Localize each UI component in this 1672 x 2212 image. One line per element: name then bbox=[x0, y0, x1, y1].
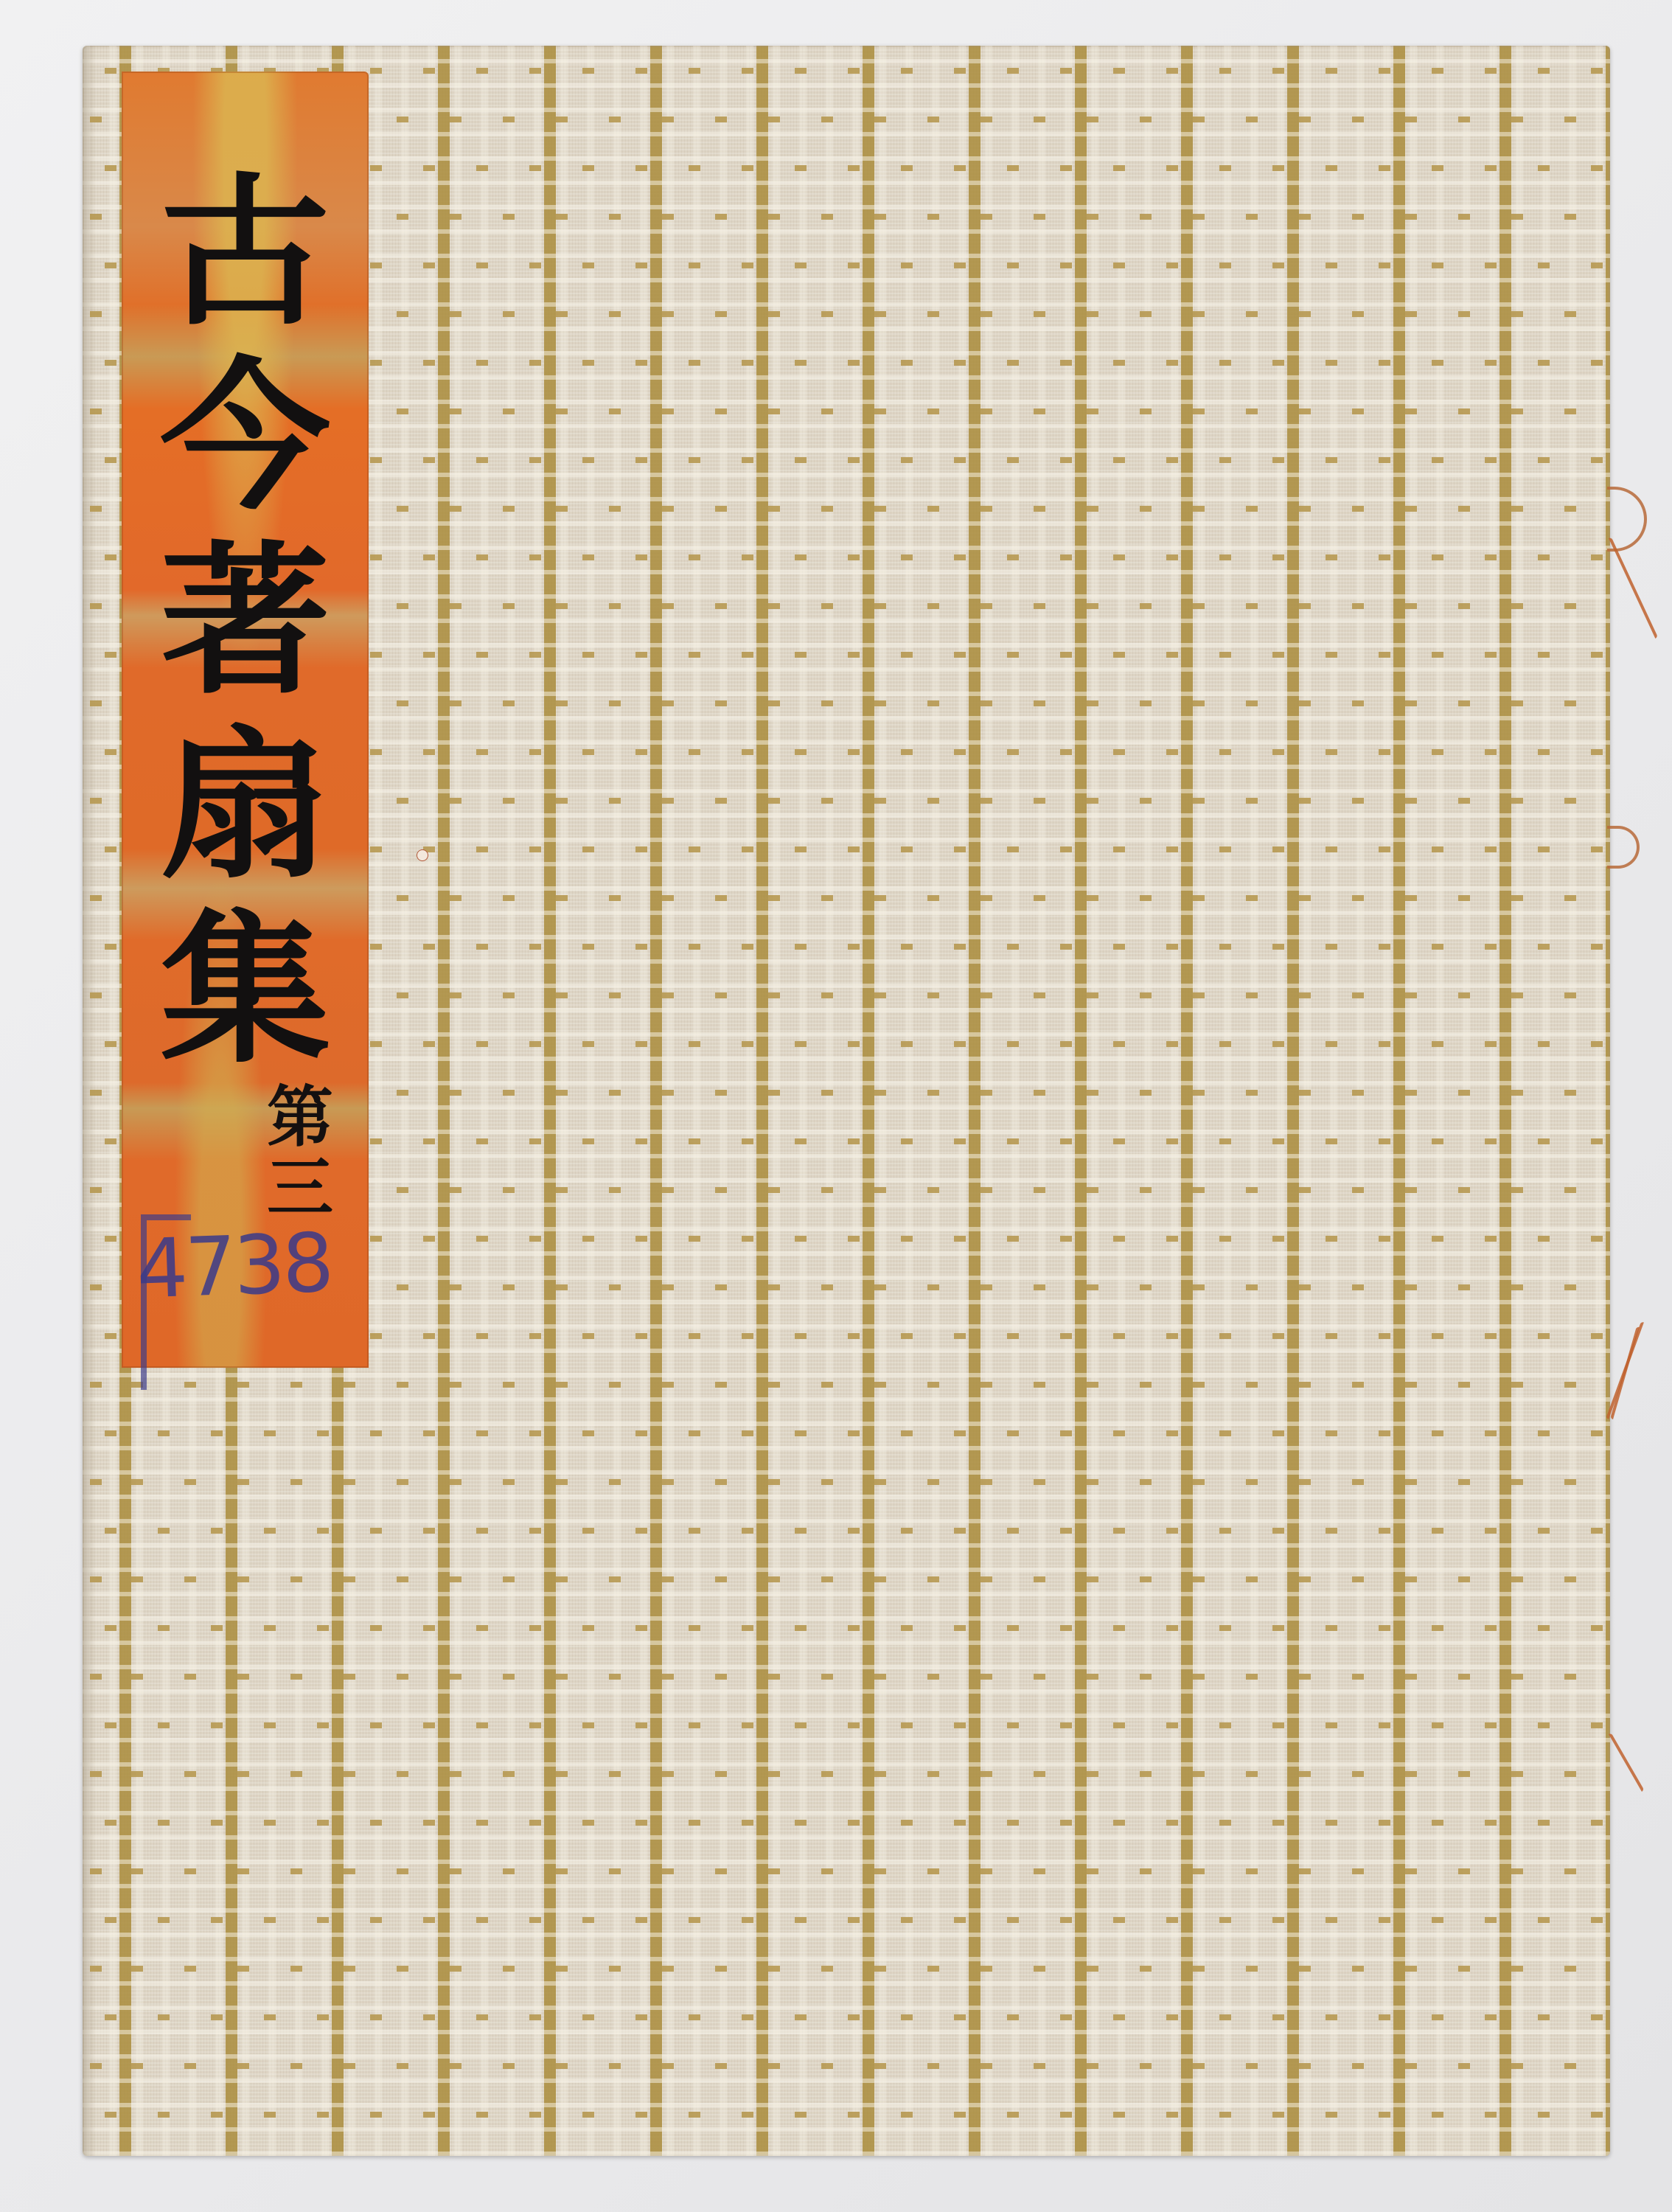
inventory-number: 4738 bbox=[135, 1218, 332, 1313]
binding-thread-tail bbox=[1610, 1326, 1640, 1419]
title-label: 古 今 著 扇 集 第 三 4738 bbox=[122, 72, 369, 1368]
gold-thread-row bbox=[83, 2014, 1610, 2020]
gold-thread-row bbox=[83, 1917, 1610, 1923]
gold-thread-row bbox=[83, 2063, 1610, 2069]
title-char: 著 bbox=[160, 529, 330, 713]
title-calligraphy: 古 今 著 扇 集 bbox=[116, 160, 375, 1082]
gold-thread-row bbox=[83, 1430, 1610, 1436]
gold-thread-row bbox=[83, 1528, 1610, 1534]
title-char: 古 bbox=[160, 160, 330, 344]
volume-char: 三 bbox=[267, 1152, 333, 1223]
gold-thread-row bbox=[83, 1576, 1610, 1582]
gold-thread-row bbox=[83, 1625, 1610, 1631]
gold-thread-row bbox=[83, 1479, 1610, 1485]
gold-thread-row bbox=[83, 1966, 1610, 1972]
gold-thread-row bbox=[83, 1674, 1610, 1680]
volume-char: 第 bbox=[267, 1082, 333, 1152]
title-char: 集 bbox=[160, 897, 330, 1082]
binding-thread-loop bbox=[1607, 826, 1640, 869]
gold-thread-row bbox=[83, 1722, 1610, 1728]
red-seal-stamp bbox=[417, 849, 428, 861]
volume-number: 第 三 bbox=[267, 1082, 333, 1223]
binding-thread-tail bbox=[1609, 537, 1658, 639]
gold-thread-row bbox=[83, 1771, 1610, 1777]
binding-thread-tail bbox=[1609, 1733, 1644, 1792]
gold-thread-row bbox=[83, 2112, 1610, 2118]
gold-thread-row bbox=[83, 1382, 1610, 1388]
gold-thread-row bbox=[83, 1868, 1610, 1874]
gold-thread-row bbox=[83, 1820, 1610, 1826]
title-char: 扇 bbox=[160, 713, 330, 897]
title-char: 今 bbox=[160, 344, 330, 529]
